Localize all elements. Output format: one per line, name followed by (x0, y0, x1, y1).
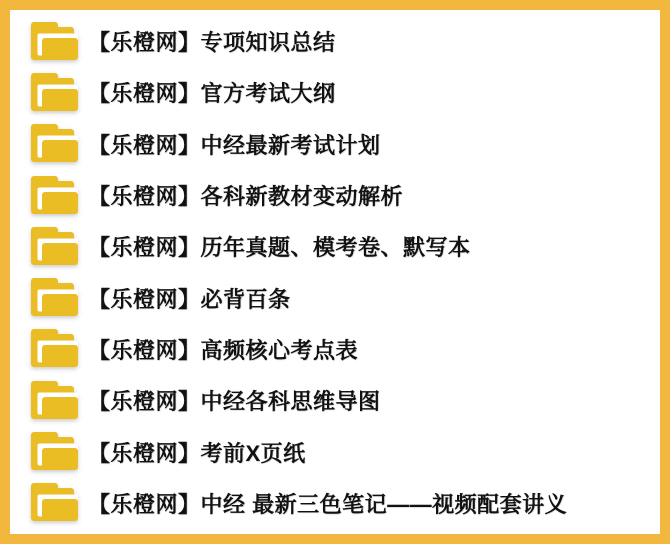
folder-icon (30, 278, 78, 316)
folder-icon (30, 483, 78, 521)
folder-label: 【乐橙网】中经 最新三色笔记——视频配套讲义 (88, 486, 567, 519)
folder-row[interactable]: 【乐橙网】中经最新考试计划 (30, 124, 648, 162)
folder-row[interactable]: 【乐橙网】历年真题、模考卷、默写本 (30, 227, 648, 265)
folder-label: 【乐橙网】各科新教材变动解析 (88, 178, 403, 211)
folder-label: 【乐橙网】考前X页纸 (88, 435, 306, 468)
folder-label: 【乐橙网】专项知识总结 (88, 24, 336, 57)
folder-icon (30, 329, 78, 367)
folder-list-panel: 【乐橙网】专项知识总结 【乐橙网】官方考试大纲 (0, 0, 670, 544)
folder-row[interactable]: 【乐橙网】中经 最新三色笔记——视频配套讲义 (30, 483, 648, 521)
folder-icon (30, 432, 78, 470)
folder-row[interactable]: 【乐橙网】考前X页纸 (30, 432, 648, 470)
folder-row[interactable]: 【乐橙网】专项知识总结 (30, 22, 648, 60)
folder-row[interactable]: 【乐橙网】官方考试大纲 (30, 73, 648, 111)
folder-row[interactable]: 【乐橙网】中经各科思维导图 (30, 381, 648, 419)
folder-row[interactable]: 【乐橙网】必背百条 (30, 278, 648, 316)
folder-icon (30, 176, 78, 214)
folder-label: 【乐橙网】必背百条 (88, 281, 291, 314)
folder-icon (30, 22, 78, 60)
folder-icon (30, 381, 78, 419)
folder-label: 【乐橙网】历年真题、模考卷、默写本 (88, 229, 471, 262)
folder-icon (30, 227, 78, 265)
folder-label: 【乐橙网】中经最新考试计划 (88, 127, 381, 160)
folder-row[interactable]: 【乐橙网】高频核心考点表 (30, 329, 648, 367)
folder-label: 【乐橙网】高频核心考点表 (88, 332, 358, 365)
folder-label: 【乐橙网】中经各科思维导图 (88, 383, 381, 416)
folder-label: 【乐橙网】官方考试大纲 (88, 75, 336, 108)
folder-icon (30, 124, 78, 162)
folder-icon (30, 73, 78, 111)
folder-row[interactable]: 【乐橙网】各科新教材变动解析 (30, 176, 648, 214)
